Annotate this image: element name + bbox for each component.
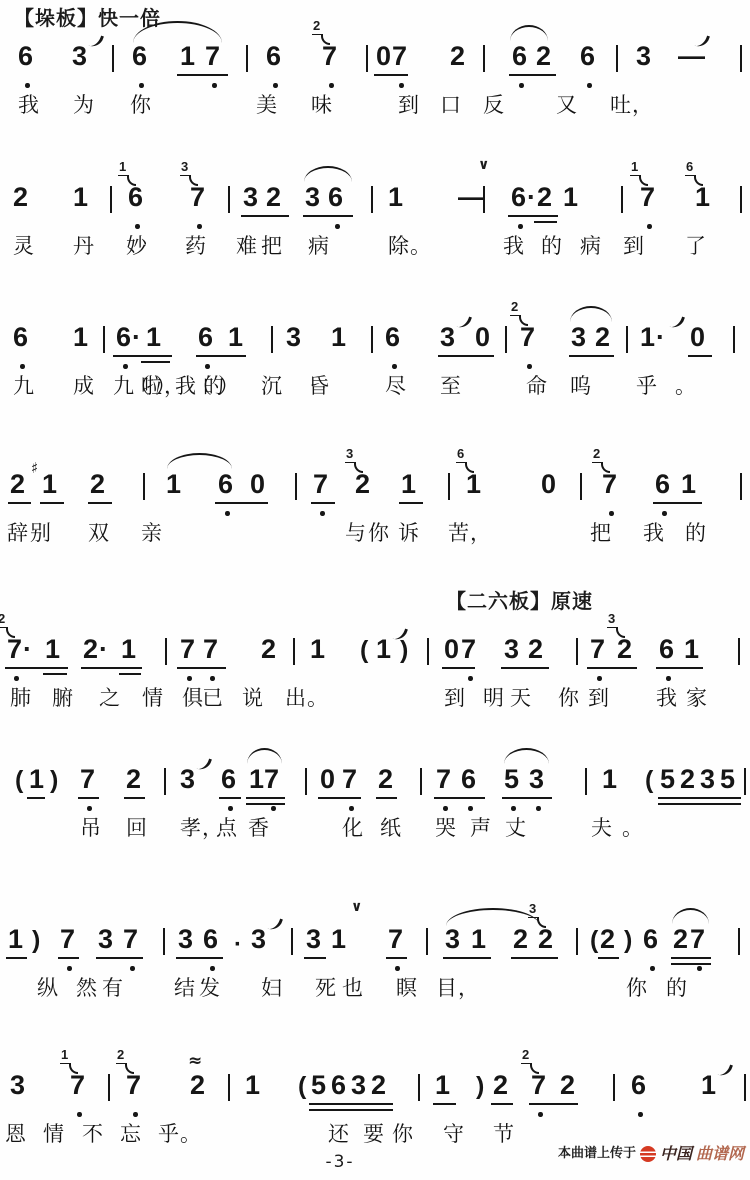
note: 6 (266, 41, 281, 71)
duration-underline (502, 797, 552, 799)
lyric: 家 (686, 686, 708, 711)
note: 2 (90, 469, 105, 499)
low-octave-dot (666, 676, 671, 681)
notation-line-4: 21♯216072311607261辞别双亲与你诉苦，把我的 (0, 447, 750, 559)
grace-note: 3 (180, 160, 189, 176)
note: 0 (250, 469, 265, 499)
lyric: 苦， (448, 521, 492, 546)
note: 7 (392, 41, 407, 71)
low-octave-dot (197, 224, 202, 229)
barline (427, 638, 429, 665)
note: 2 (261, 634, 276, 664)
duration-underline (509, 74, 556, 76)
lyric: 天 (510, 686, 532, 711)
note: 2 (355, 469, 370, 499)
augmentation-dot: · (132, 322, 141, 352)
note: 6 (643, 924, 658, 954)
lyric: 俱 (182, 686, 204, 711)
note: 3 (72, 41, 87, 71)
note: 1 (640, 322, 655, 352)
duration-underline (511, 957, 558, 959)
note: 2 (126, 764, 141, 794)
duration-underline (386, 957, 407, 959)
note: 6 (331, 1070, 346, 1100)
note: 7 (126, 1070, 141, 1100)
note: 7 (203, 634, 218, 664)
duration-underline (534, 221, 557, 223)
note: 1 (8, 924, 23, 954)
note: 5 (660, 764, 675, 794)
duration-underline (399, 502, 423, 504)
duration-underline (671, 957, 711, 959)
lyric: 忘 (120, 1122, 142, 1147)
lyric: 然 (76, 976, 98, 1001)
duration-underline (196, 355, 246, 357)
slur-arc (570, 306, 612, 322)
low-octave-dot (647, 224, 652, 229)
low-octave-dot (399, 83, 404, 88)
lyric: 也 (342, 976, 364, 1001)
note: 0 (320, 764, 335, 794)
lyric: 昏 (308, 374, 330, 399)
duration-underline (569, 355, 614, 357)
note: 2 (10, 469, 25, 499)
barline (164, 768, 166, 795)
grace-note: 1 (630, 160, 639, 176)
note: 3 (351, 1070, 366, 1100)
lyric: 守 (443, 1122, 465, 1147)
note: 2 (538, 924, 553, 954)
note: 7 (388, 924, 403, 954)
lyric: 我 (503, 234, 525, 259)
lyric: 哭 (435, 816, 457, 841)
note: 6 (385, 322, 400, 352)
barline (744, 1074, 746, 1101)
parenthesis: ( (590, 925, 598, 955)
low-octave-dot (468, 806, 473, 811)
note: 3 (251, 924, 266, 954)
note: 1 (331, 322, 346, 352)
lyric: 你 (392, 1122, 414, 1147)
note: 7 (640, 182, 655, 212)
lyric: 九 (13, 374, 35, 399)
duration-underline (434, 797, 485, 799)
slur-arc (672, 908, 709, 924)
duration-underline (501, 667, 549, 669)
duration-underline (598, 957, 619, 959)
barline (305, 768, 307, 795)
duration-underline (113, 355, 172, 357)
note: 1 (73, 182, 88, 212)
note: 2 (560, 1070, 575, 1100)
note: 2 (537, 182, 552, 212)
low-octave-dot (123, 364, 128, 369)
barline (371, 186, 373, 213)
duration-underline (88, 502, 112, 504)
note: 3 (636, 41, 651, 71)
barline (626, 326, 628, 353)
lyric: 恩 (5, 1122, 27, 1147)
lyric: 别 (30, 521, 52, 546)
note: 2 (371, 1070, 386, 1100)
note: 2 (600, 924, 615, 954)
note: 7 (123, 924, 138, 954)
low-octave-dot (527, 364, 532, 369)
lyric: 。 (675, 374, 697, 399)
low-octave-dot (87, 806, 92, 811)
note: 6 (218, 469, 233, 499)
duration-underline (78, 797, 99, 799)
barline (293, 638, 295, 665)
low-octave-dot (205, 364, 210, 369)
note: 0 (444, 634, 459, 664)
duration-underline (219, 797, 241, 799)
duration-underline (5, 667, 68, 669)
note: 7 (602, 469, 617, 499)
duration-underline (508, 215, 558, 217)
note: 3 (305, 182, 320, 212)
note: 0 (690, 322, 705, 352)
lyric: 目， (436, 976, 480, 1001)
note: 1 (310, 634, 325, 664)
duration-underline (303, 215, 353, 217)
lyric: 说 (242, 686, 264, 711)
barline (740, 473, 742, 500)
notation-line-6: (1)72361707276531(5235吊回孝，点香化纸哭声丈夫。 (0, 742, 750, 854)
lyric: 节 (493, 1122, 515, 1147)
lyric: 我 (656, 686, 678, 711)
lyric: 病 (308, 234, 330, 259)
note: 6 (328, 182, 343, 212)
lyric: 香 (248, 816, 270, 841)
note: 6 (631, 1070, 646, 1100)
notation-line-7: 1)73736·331∨731223(2)627纵然有结发妇死也瞑目，你的 (0, 902, 750, 1014)
note: 1 (331, 924, 346, 954)
lyric: 情 (142, 686, 164, 711)
barline (616, 45, 618, 72)
duration-underline (309, 1103, 393, 1105)
note: 3 (306, 924, 321, 954)
note: 1 (684, 634, 699, 664)
lyric: 你 (368, 521, 390, 546)
note: 7 (60, 924, 75, 954)
lyric: 把 (590, 521, 612, 546)
sharp-sign: ♯ (31, 460, 38, 476)
duration-underline (81, 667, 142, 669)
note: 1 (563, 182, 578, 212)
note: 3 (529, 764, 544, 794)
sustain-dash: — (458, 182, 485, 212)
lyric: 妙 (126, 234, 148, 259)
grace-note: 1 (118, 160, 127, 176)
note: · (234, 930, 242, 960)
note: 6 (13, 322, 28, 352)
barline (271, 326, 273, 353)
lyric: 出。 (285, 686, 329, 711)
watermark: 本曲谱上传于 中国 曲谱网 (558, 1143, 744, 1165)
grace-note: 2 (312, 19, 321, 35)
slide-down-mark (88, 32, 104, 49)
note: 2 (595, 322, 610, 352)
barline (418, 1074, 420, 1101)
low-octave-dot (212, 83, 217, 88)
note: 7 (190, 182, 205, 212)
note: 2 (378, 764, 393, 794)
barline (108, 1074, 110, 1101)
note: 2 (528, 634, 543, 664)
low-octave-dot (468, 676, 473, 681)
lyric: 妇 (261, 976, 283, 1001)
note: 7 (313, 469, 328, 499)
low-octave-dot (133, 1112, 138, 1117)
grace-note: 2 (592, 447, 601, 463)
lyric: 情 (43, 1122, 65, 1147)
barline (291, 928, 293, 955)
note: 3 (10, 1070, 25, 1100)
note: 0 (475, 322, 490, 352)
note: 5 (504, 764, 519, 794)
augmentation-dot: · (23, 634, 32, 664)
grace-note: 3 (345, 447, 354, 463)
note: 3 (440, 322, 455, 352)
lyric: 到 (398, 93, 420, 118)
lyric: 夫 (591, 816, 613, 841)
barline (426, 928, 428, 955)
duration-underline (376, 797, 397, 799)
lyric: 把 (261, 234, 283, 259)
low-octave-dot (271, 806, 276, 811)
note: 2 (190, 1070, 205, 1100)
duration-underline (176, 957, 223, 959)
lyric: 美 (256, 93, 278, 118)
note: 3 (180, 764, 195, 794)
note: 1 (73, 322, 88, 352)
slide-down-mark (717, 1061, 733, 1078)
note: 5 (720, 764, 735, 794)
lyric: 呜 (570, 374, 592, 399)
duration-underline (309, 1109, 393, 1111)
note: 6 (198, 322, 213, 352)
barline (110, 186, 112, 213)
note: 3 (178, 924, 193, 954)
barline (740, 186, 742, 213)
duration-underline (658, 803, 741, 805)
note: 1 (695, 182, 710, 212)
note: 1 (401, 469, 416, 499)
lyric: 味 (311, 93, 333, 118)
parenthesis: ) (50, 765, 58, 795)
augmentation-dot: · (656, 322, 665, 352)
duration-underline (141, 361, 170, 363)
barline (371, 326, 373, 353)
lyric: 发 (199, 976, 221, 1001)
note: 2 (680, 764, 695, 794)
barline (576, 928, 578, 955)
duration-underline (304, 957, 326, 959)
grace-note: 3 (607, 612, 616, 628)
low-octave-dot (392, 364, 397, 369)
low-octave-dot (329, 83, 334, 88)
lyric: 声 (470, 816, 492, 841)
lyric: 化 (342, 816, 364, 841)
parenthesis: ( (15, 765, 23, 795)
lyric: 反 (483, 93, 505, 118)
low-octave-dot (67, 966, 72, 971)
barline (738, 928, 740, 955)
slur-arc (304, 166, 352, 182)
lyric: 至 (440, 374, 462, 399)
note: 1 (29, 764, 44, 794)
note: 7 (436, 764, 451, 794)
slur-arc (247, 748, 282, 764)
lyric: 还 (328, 1122, 350, 1147)
duration-underline (671, 963, 711, 965)
lyric: 吐， (610, 93, 654, 118)
low-octave-dot (320, 511, 325, 516)
barline (585, 768, 587, 795)
lyric: 你 (626, 976, 648, 1001)
low-octave-dot (225, 511, 230, 516)
low-octave-dot (20, 364, 25, 369)
low-octave-dot (697, 966, 702, 971)
duration-underline (658, 797, 741, 799)
barline (228, 186, 230, 213)
low-octave-dot (273, 83, 278, 88)
note: 7 (80, 764, 95, 794)
lyric: 我 (643, 521, 665, 546)
low-octave-dot (130, 966, 135, 971)
augmentation-dot: · (527, 182, 536, 212)
barline (505, 326, 507, 353)
lyric: 的 (685, 521, 707, 546)
note: 7 (7, 634, 22, 664)
lyric: ） (218, 374, 240, 399)
lyric: 不 (82, 1122, 104, 1147)
lyric: 回 (126, 816, 148, 841)
duration-underline (311, 502, 335, 504)
lyric: 吊 (80, 816, 102, 841)
note: 1 (121, 634, 136, 664)
barline (366, 45, 368, 72)
note: 7 (590, 634, 605, 664)
note: 6 (128, 182, 143, 212)
duration-underline (246, 803, 285, 805)
note: 1 (701, 1070, 716, 1100)
lyric: 到 (444, 686, 466, 711)
note: 2 (13, 182, 28, 212)
lyric: 乎。 (158, 1122, 202, 1147)
duration-underline (318, 797, 361, 799)
lyric: 双 (88, 521, 110, 546)
barline (621, 186, 623, 213)
note: 7 (531, 1070, 546, 1100)
note: 1 (42, 469, 57, 499)
lyric: 病 (580, 234, 602, 259)
lyric: 口 (440, 93, 462, 118)
duration-underline (653, 502, 702, 504)
note: 3 (98, 924, 113, 954)
duration-underline (40, 502, 64, 504)
low-octave-dot (210, 676, 215, 681)
lyric: 与 (345, 521, 367, 546)
grace-note: 2 (521, 1048, 530, 1064)
note: 6 (203, 924, 218, 954)
note: 3 (243, 182, 258, 212)
low-octave-dot (587, 83, 592, 88)
note: 3 (504, 634, 519, 664)
note: 5 (311, 1070, 326, 1100)
breath-mark: ∨ (351, 900, 362, 914)
lyric: 点 (216, 816, 238, 841)
duration-underline (96, 957, 143, 959)
note: 7 (70, 1070, 85, 1100)
notation-line-3: 616·1613163072321·0九成九（啦），我（的）沉昏尽至命呜乎。 (0, 300, 750, 412)
low-octave-dot (638, 1112, 643, 1117)
note: 1 (245, 1070, 260, 1100)
barline (246, 45, 248, 72)
notation-line-5: 7·212·17721(1)073272361肺腑之情俱已说出。到明天你到我家 (0, 612, 750, 724)
note: 1 (602, 764, 617, 794)
lyric: 丹 (73, 234, 95, 259)
lyric: 已 (202, 686, 224, 711)
note: 1 (180, 41, 195, 71)
parenthesis: ( (645, 765, 653, 795)
lyric: 又 (556, 93, 578, 118)
low-octave-dot (25, 83, 30, 88)
slide-down-mark (456, 313, 472, 330)
site-name-bold: 中国 (660, 1145, 692, 1163)
note: 7 (205, 41, 220, 71)
note: 6 (132, 41, 147, 71)
note: 6 (659, 634, 674, 664)
duration-underline (43, 673, 67, 675)
low-octave-dot (597, 676, 602, 681)
lyric: 我 (18, 93, 40, 118)
lyric: 辞 (7, 521, 29, 546)
lyric: 瞑 (396, 976, 418, 1001)
barline (576, 638, 578, 665)
barline (613, 1074, 615, 1101)
slide-down-mark (669, 313, 685, 330)
barline (740, 45, 742, 72)
note: 7 (180, 634, 195, 664)
lyric: 明 (483, 686, 505, 711)
note: 6 (221, 764, 236, 794)
parenthesis: ( (360, 635, 368, 665)
low-octave-dot (650, 966, 655, 971)
grace-note: 6 (456, 447, 465, 463)
duration-underline (438, 355, 494, 357)
note: 6 (511, 182, 526, 212)
note: 6 (461, 764, 476, 794)
low-octave-dot (139, 83, 144, 88)
note: 2 (450, 41, 465, 71)
barline (143, 473, 145, 500)
lyric: 的 (666, 976, 688, 1001)
note: 7 (264, 764, 279, 794)
note: 2 (673, 924, 688, 954)
site-logo-icon (640, 1146, 656, 1162)
note: 1 (388, 182, 403, 212)
barline (738, 638, 740, 665)
parenthesis: ) (624, 925, 632, 955)
parenthesis: ) (476, 1071, 484, 1101)
barline (420, 768, 422, 795)
parenthesis: ) (400, 635, 408, 665)
note: 1 (249, 764, 264, 794)
lyric: 的 (541, 234, 563, 259)
note: 1 (146, 322, 161, 352)
